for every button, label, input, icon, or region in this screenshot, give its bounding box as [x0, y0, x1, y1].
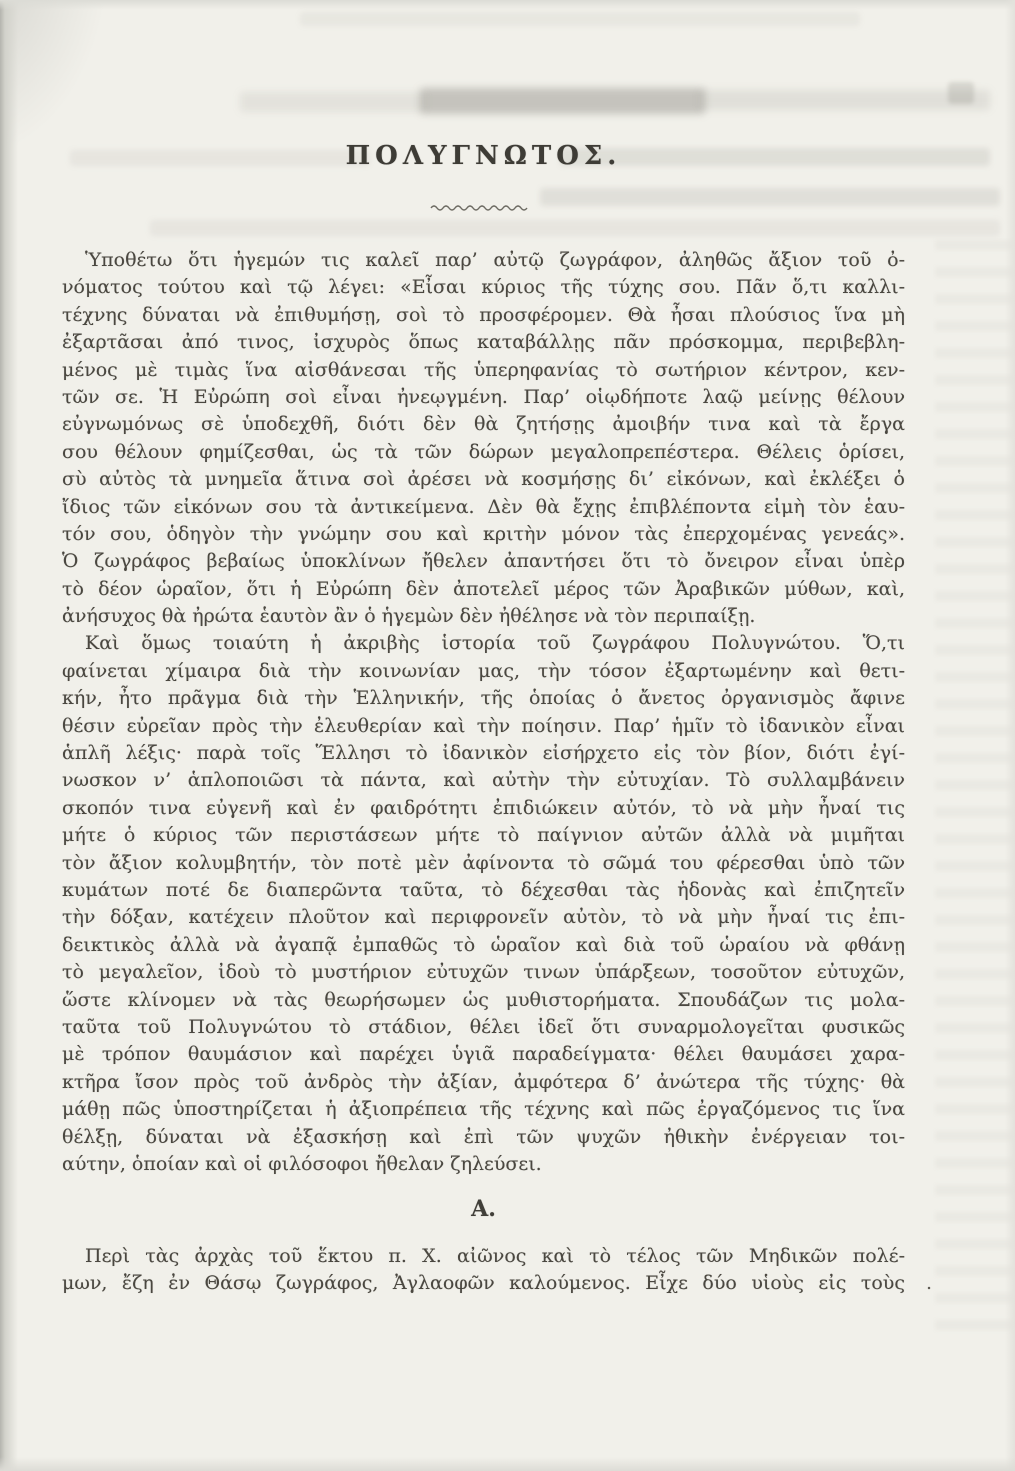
bleedthrough-margin-strip	[935, 240, 1015, 1340]
text-line: εὐγνωμόνως σὲ ὑποδεχθῆ, διότι δὲν θὰ ζητ…	[62, 411, 905, 438]
section-heading: Α.	[62, 1196, 905, 1222]
scanned-book-page: ΠΟΛΥΓΝΩΤΟΣ. Ὑποθέτω ὅτι ἡγεμών τις καλεῖ…	[0, 0, 1015, 1471]
text-line: τὸν ἄξιον κολυμβητήν, τὸν ποτὲ μὲν ἀφίνο…	[62, 850, 905, 877]
text-line: θέσιν εὐρεῖαν πρὸς τὴν ἐλευθερίαν καὶ τὴ…	[62, 713, 905, 740]
text-line: νωσκον ν’ ἁπλοποιῶσι τὰ πάντα, καὶ αὐτὴν…	[62, 767, 905, 794]
bleedthrough-mark	[240, 92, 425, 112]
text-line: τέχνης δύναται νὰ ἐπιθυμήσῃ, σοὶ τὸ προσ…	[62, 302, 905, 329]
text-line: νόματος τούτου καὶ τῷ λέγει: «Εἶσαι κύρι…	[62, 274, 905, 301]
page-corner-shadow	[0, 0, 110, 160]
bleedthrough-page-number-mark	[948, 82, 974, 104]
text-line: δεικτικὸς ἀλλὰ νὰ ἀγαπᾷ ἐμπαθῶς τὸ ὡραῖο…	[62, 932, 905, 959]
text-line: κήν, ἦτο πρᾶγμα διὰ τὴν Ἑλληνικήν, τῆς ὁ…	[62, 685, 905, 712]
text-line: αύτην, ὁποίαν καὶ οἱ φιλόσοφοι ἤθελαν ζη…	[62, 1151, 905, 1178]
text-line: ἐξαρτᾶσαι ἀπό τινος, ἰσχυρὸς ὅπως καταβά…	[62, 329, 905, 356]
paragraph-1: Ὑποθέτω ὅτι ἡγεμών τις καλεῖ παρ’ αὐτῷ ζ…	[62, 247, 905, 630]
bleedthrough-mark	[700, 90, 990, 110]
text-line: μένος μὲ τιμὰς ἵνα αἰσθάνεσαι τῆς ὑπερηφ…	[62, 357, 905, 384]
text-line: τὴν δόξαν, κατέχειν πλοῦτον καὶ περιφρον…	[62, 904, 905, 931]
text-line: κτῆρα ἴσον πρὸς τοῦ ἀνδρὸς τὴν ἀξίαν, ἀμ…	[62, 1069, 905, 1096]
text-line: Ὁ ζωγράφος βεβαίως ὑποκλίνων ἤθελεν ἀπαν…	[62, 548, 905, 575]
text-line: τὸ δέον ὡραῖον, ὅτι ἡ Εὐρώπη δὲν ἀποτελε…	[62, 576, 905, 603]
text-line: σὺ αὐτὸς τὰ μνημεῖα ἅτινα σοὶ ἀρέσει νὰ …	[62, 466, 905, 493]
bleedthrough-mark	[300, 12, 860, 26]
scan-edge-right	[1005, 0, 1015, 1471]
scan-edge-bottom	[0, 1457, 1015, 1471]
text-line: μων, ἔζη ἐν Θάσῳ ζωγράφος, Ἀγλαοφῶν καλο…	[62, 1270, 905, 1297]
bleedthrough-mark	[150, 220, 1000, 236]
text-line: κυμάτων ποτέ δε διαπερῶντα ταῦτα, τὸ δέχ…	[62, 877, 905, 904]
text-line: Καὶ ὅμως τοιαύτη ἡ ἀκριβὴς ἱστορία τοῦ ζ…	[62, 630, 905, 657]
text-line: σου θέλουν φημίζεσθαι, ὡς τὰ τῶν δώρων μ…	[62, 439, 905, 466]
text-line: Περὶ τὰς ἀρχὰς τοῦ ἕκτου π. Χ. αἰῶνος κα…	[62, 1243, 905, 1270]
text-line: ἴδιος τῶν εἰκόνων σου τὰ ἀντικείμενα. Δὲ…	[62, 494, 905, 521]
stray-ink-dot: .	[926, 1272, 932, 1294]
text-line: μὲ τρόπον θαυμάσιον καὶ παρέχει ὑγιᾶ παρ…	[62, 1041, 905, 1068]
text-line: ἀνήσυχος θὰ ἠρώτα ἑαυτὸν ἂν ὁ ἡγεμὼν δὲν…	[62, 603, 905, 630]
scan-edge-left	[0, 0, 18, 1471]
page-title: ΠΟΛΥΓΝΩΤΟΣ.	[62, 141, 905, 171]
scan-edge-top	[0, 0, 1015, 10]
paragraph-2: Καὶ ὅμως τοιαύτη ἡ ἀκριβὴς ἱστορία τοῦ ζ…	[62, 630, 905, 1178]
wavy-rule-graphic	[430, 203, 530, 213]
bleedthrough-mark	[540, 188, 1000, 206]
text-line: τῶν σε. Ἡ Εὐρώπη σοὶ εἶναι ἠνεῳγμένη. Πα…	[62, 384, 905, 411]
text-line: μήτε ὁ κύριος τῶν περιστάσεων μήτε τὸ πα…	[62, 822, 905, 849]
text-line: ἁπλῆ λέξις· παρὰ τοῖς Ἕλλησι τὸ ἰδανικὸν…	[62, 740, 905, 767]
section-a-text-block: Περὶ τὰς ἀρχὰς τοῦ ἕκτου π. Χ. αἰῶνος κα…	[62, 1243, 905, 1298]
main-text-block: Ὑποθέτω ὅτι ἡγεμών τις καλεῖ παρ’ αὐτῷ ζ…	[62, 247, 905, 1178]
text-line: φαίνεται χίμαιρα διὰ τὴν κοινωνίαν μας, …	[62, 658, 905, 685]
text-line: Ὑποθέτω ὅτι ἡγεμών τις καλεῖ παρ’ αὐτῷ ζ…	[62, 247, 905, 274]
text-line: σκοπόν τινα εὐγενῆ καὶ ἐν φαιδρότητι ἐπι…	[62, 795, 905, 822]
text-line: τόν σου, ὁδηγὸν τὴν γνώμην σου καὶ κριτὴ…	[62, 521, 905, 548]
text-line: μάθῃ πῶς ὑποστηρίζεται ἡ ἀξιοπρέπεια τῆς…	[62, 1096, 905, 1123]
text-line: τὸ μεγαλεῖον, ἰδοὺ τὸ μυστήριον εὐτυχῶν …	[62, 959, 905, 986]
paragraph-3: Περὶ τὰς ἀρχὰς τοῦ ἕκτου π. Χ. αἰῶνος κα…	[62, 1243, 905, 1298]
bleedthrough-title-mark	[420, 88, 705, 114]
wavy-divider-rule	[430, 198, 530, 208]
text-line: ὥστε κλίνομεν νὰ τὰς θεωρήσωμεν ὡς μυθισ…	[62, 987, 905, 1014]
text-line: θέλξῃ, δύναται νὰ ἐξασκήσῃ καὶ ἐπὶ τῶν ψ…	[62, 1124, 905, 1151]
text-line: ταῦτα τοῦ Πολυγνώτου τὸ στάδιον, θέλει ἰ…	[62, 1014, 905, 1041]
